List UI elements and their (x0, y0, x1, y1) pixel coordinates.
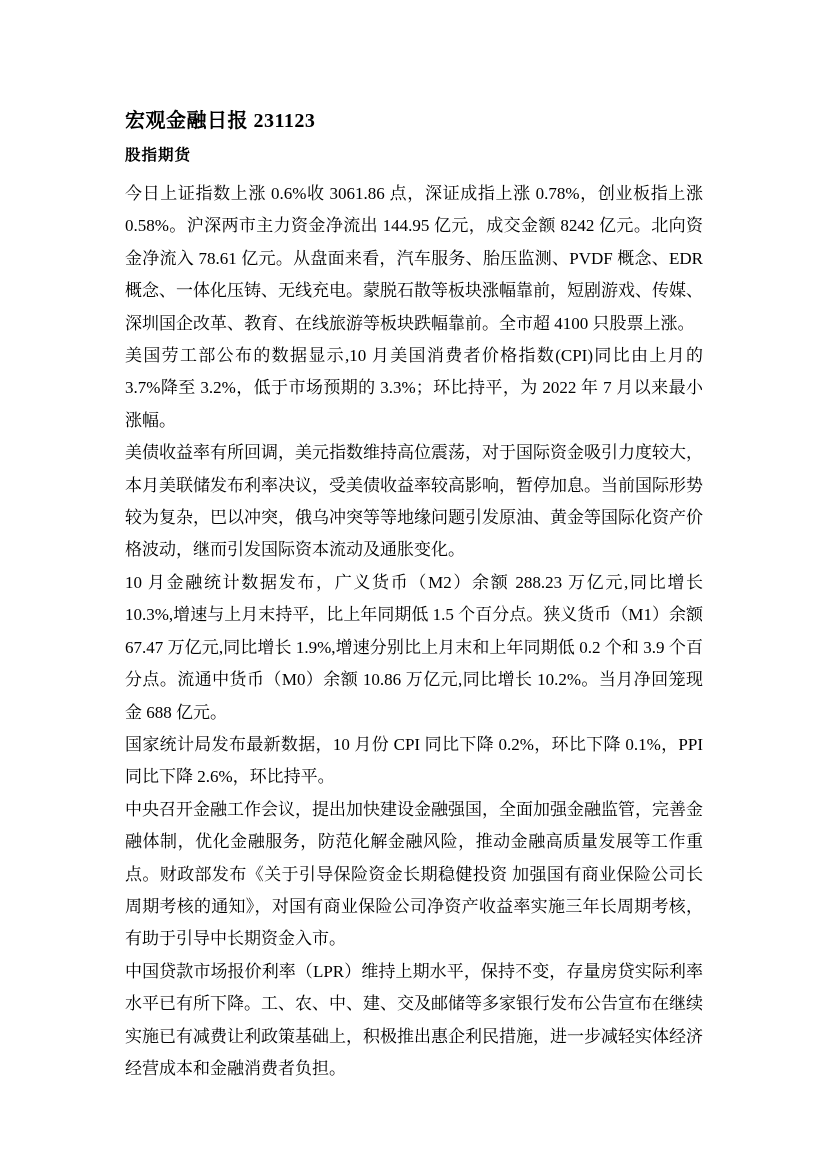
paragraph-us-cpi: 美国劳工部公布的数据显示,10 月美国消费者价格指数(CPI)同比由上月的 3.… (125, 340, 703, 437)
document-title: 宏观金融日报 231123 (125, 108, 703, 134)
paragraph-money-supply: 10 月金融统计数据发布，广义货币（M2）余额 288.23 万亿元,同比增长 … (125, 567, 703, 729)
paragraph-financial-work-conference: 中央召开金融工作会议，提出加快建设金融强国，全面加强金融监管，完善金融体制，优化… (125, 794, 703, 956)
paragraph-china-cpi-ppi: 国家统计局发布最新数据，10 月份 CPI 同比下降 0.2%，环比下降 0.1… (125, 729, 703, 794)
paragraph-market-recap: 今日上证指数上涨 0.6%收 3061.86 点，深证成指上涨 0.78%，创业… (125, 178, 703, 340)
document-page: 宏观金融日报 231123 股指期货 今日上证指数上涨 0.6%收 3061.8… (0, 0, 826, 1169)
paragraph-lpr-banks: 中国贷款市场报价利率（LPR）维持上期水平，保持不变，存量房贷实际利率水平已有所… (125, 956, 703, 1086)
document-body: 今日上证指数上涨 0.6%收 3061.86 点，深证成指上涨 0.78%，创业… (125, 178, 703, 1085)
section-heading-stock-index-futures: 股指期货 (125, 145, 703, 166)
paragraph-us-treasury-geopolitics: 美债收益率有所回调，美元指数维持高位震荡，对于国际资金吸引力度较大，本月美联储发… (125, 437, 703, 567)
